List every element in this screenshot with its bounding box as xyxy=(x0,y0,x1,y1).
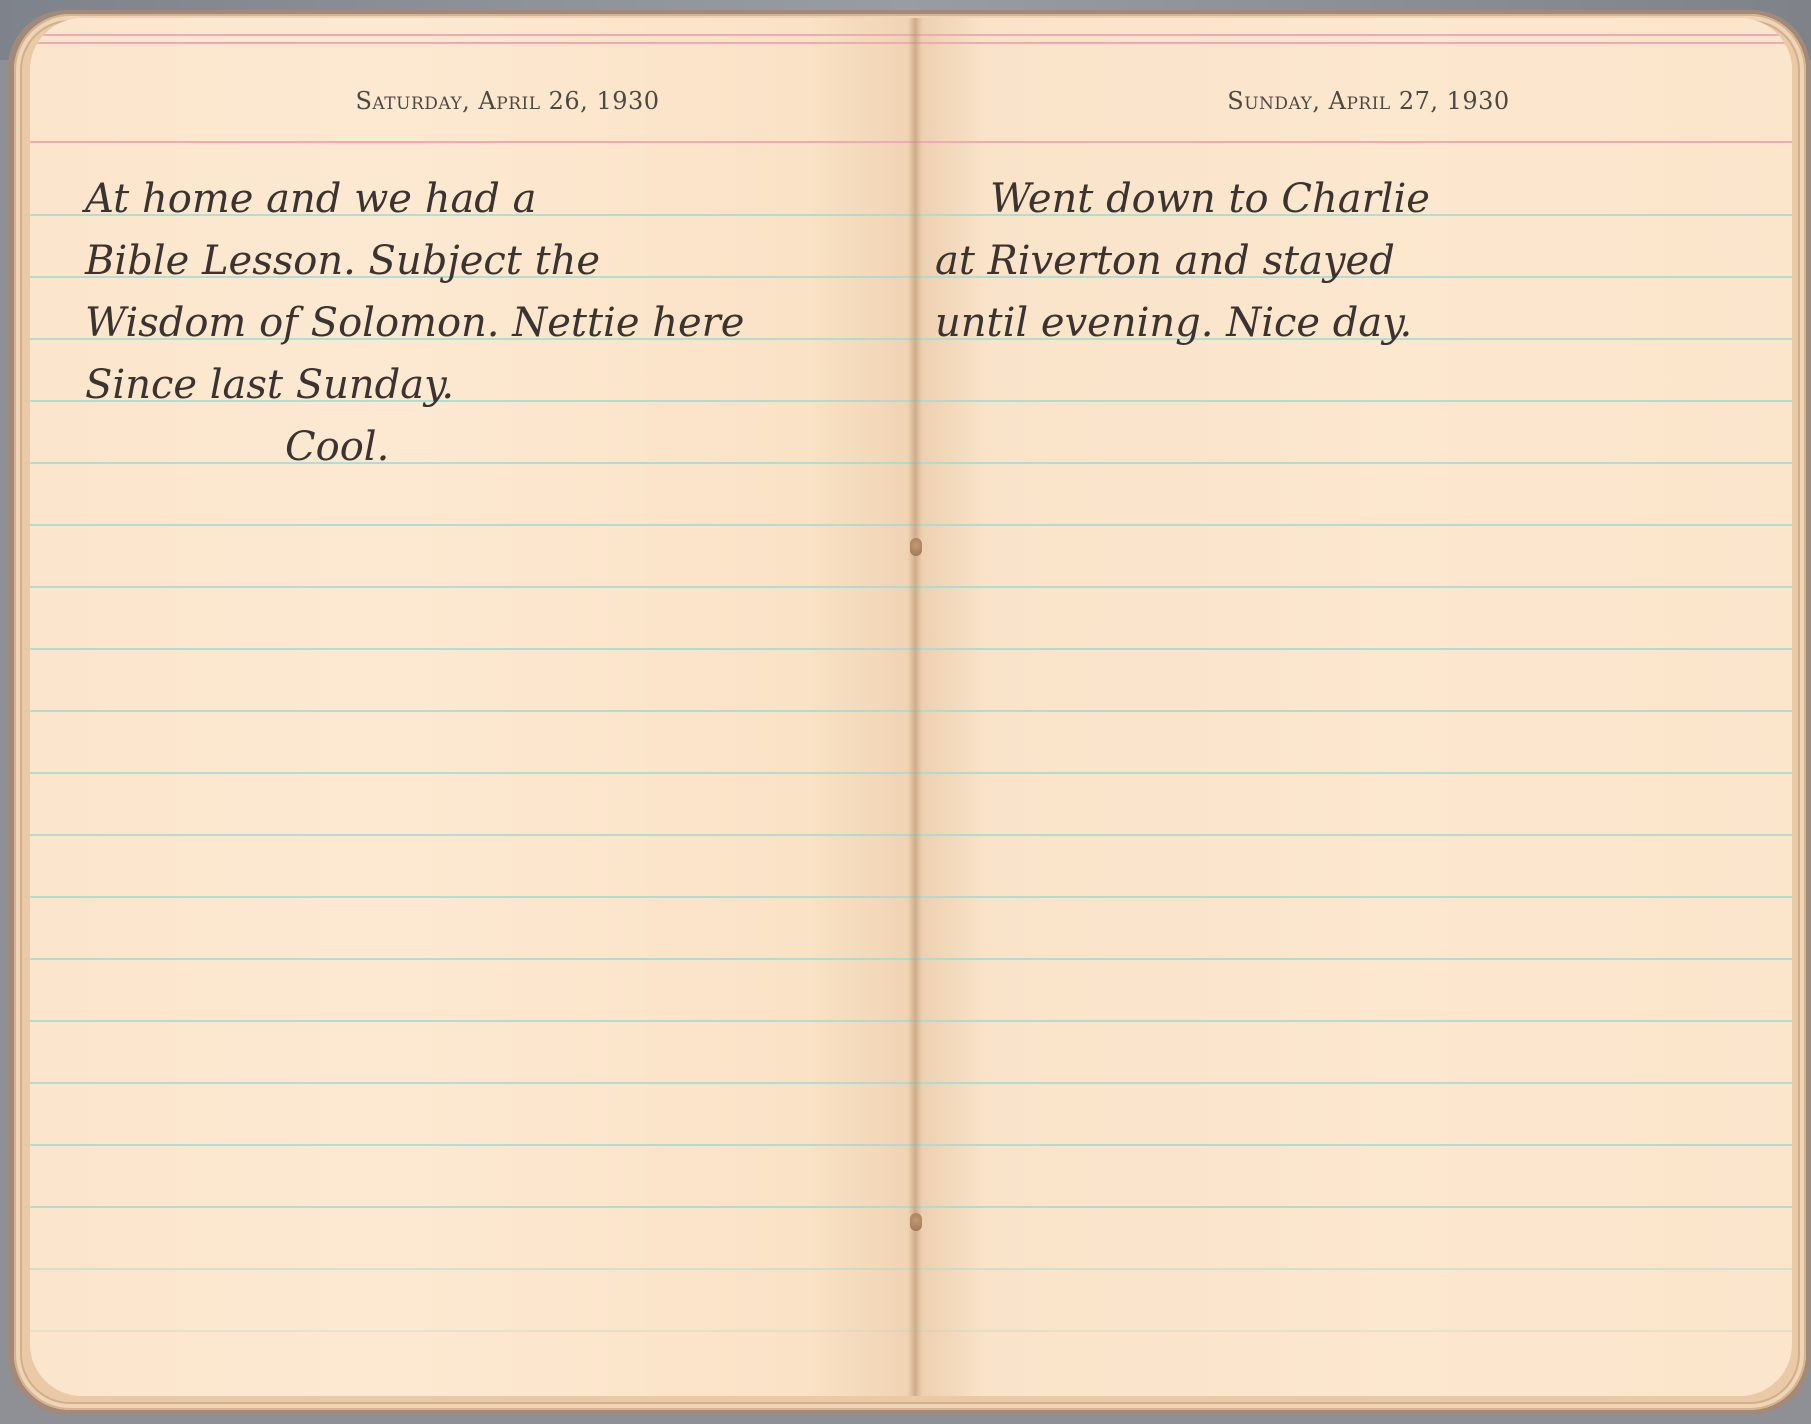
page-gutter xyxy=(908,18,922,1396)
binding-stitch xyxy=(910,1213,922,1231)
blue-rule xyxy=(30,1144,915,1146)
handwritten-entry: At home and we had a Bible Lesson. Subje… xyxy=(85,168,885,478)
handwritten-entry: Went down to Charlie at Riverton and sta… xyxy=(935,168,1775,354)
blue-rule xyxy=(30,524,915,526)
page-date-header: Sunday, April 27, 1930 xyxy=(915,76,1792,126)
blue-rule xyxy=(915,648,1792,650)
blue-rule xyxy=(915,710,1792,712)
blue-rule xyxy=(915,834,1792,836)
entry-line: until evening. Nice day. xyxy=(935,292,1775,354)
blue-rule xyxy=(30,586,915,588)
blue-rule xyxy=(915,1268,1792,1270)
blue-rule xyxy=(30,834,915,836)
blue-rule xyxy=(915,1020,1792,1022)
blue-rule xyxy=(30,1330,915,1332)
diary-spread: Saturday, April 26, 1930 At home and we … xyxy=(30,18,1792,1396)
blue-rule xyxy=(915,462,1792,464)
binding-stitch xyxy=(910,538,922,556)
blue-rule xyxy=(915,958,1792,960)
pink-rule xyxy=(30,141,915,143)
page-date-header: Saturday, April 26, 1930 xyxy=(30,76,915,126)
right-page: Sunday, April 27, 1930 Went down to Char… xyxy=(915,18,1792,1396)
blue-rule xyxy=(915,1082,1792,1084)
pink-rule xyxy=(915,42,1792,44)
entry-line: At home and we had a xyxy=(85,168,885,230)
blue-rule xyxy=(30,648,915,650)
blue-rule xyxy=(30,1206,915,1208)
blue-rule xyxy=(30,710,915,712)
blue-rule xyxy=(915,772,1792,774)
left-page: Saturday, April 26, 1930 At home and we … xyxy=(30,18,915,1396)
blue-rule xyxy=(915,1206,1792,1208)
pink-rule xyxy=(30,34,915,36)
blue-rule xyxy=(30,896,915,898)
blue-rule xyxy=(30,1268,915,1270)
entry-line: Went down to Charlie xyxy=(935,168,1775,230)
entry-line: Since last Sunday. xyxy=(85,354,885,416)
blue-rule xyxy=(30,958,915,960)
blue-rule xyxy=(30,1082,915,1084)
pink-rule xyxy=(915,141,1792,143)
blue-rule xyxy=(915,586,1792,588)
pink-rule xyxy=(915,34,1792,36)
pink-rule xyxy=(30,42,915,44)
entry-line: at Riverton and stayed xyxy=(935,230,1775,292)
blue-rule xyxy=(915,400,1792,402)
blue-rule xyxy=(915,896,1792,898)
entry-line: Bible Lesson. Subject the xyxy=(85,230,885,292)
entry-line: Cool. xyxy=(85,416,885,478)
blue-rule xyxy=(915,524,1792,526)
blue-rule xyxy=(30,772,915,774)
entry-line: Wisdom of Solomon. Nettie here xyxy=(85,292,885,354)
blue-rule xyxy=(915,1330,1792,1332)
blue-rule xyxy=(915,1144,1792,1146)
blue-rule xyxy=(30,1020,915,1022)
